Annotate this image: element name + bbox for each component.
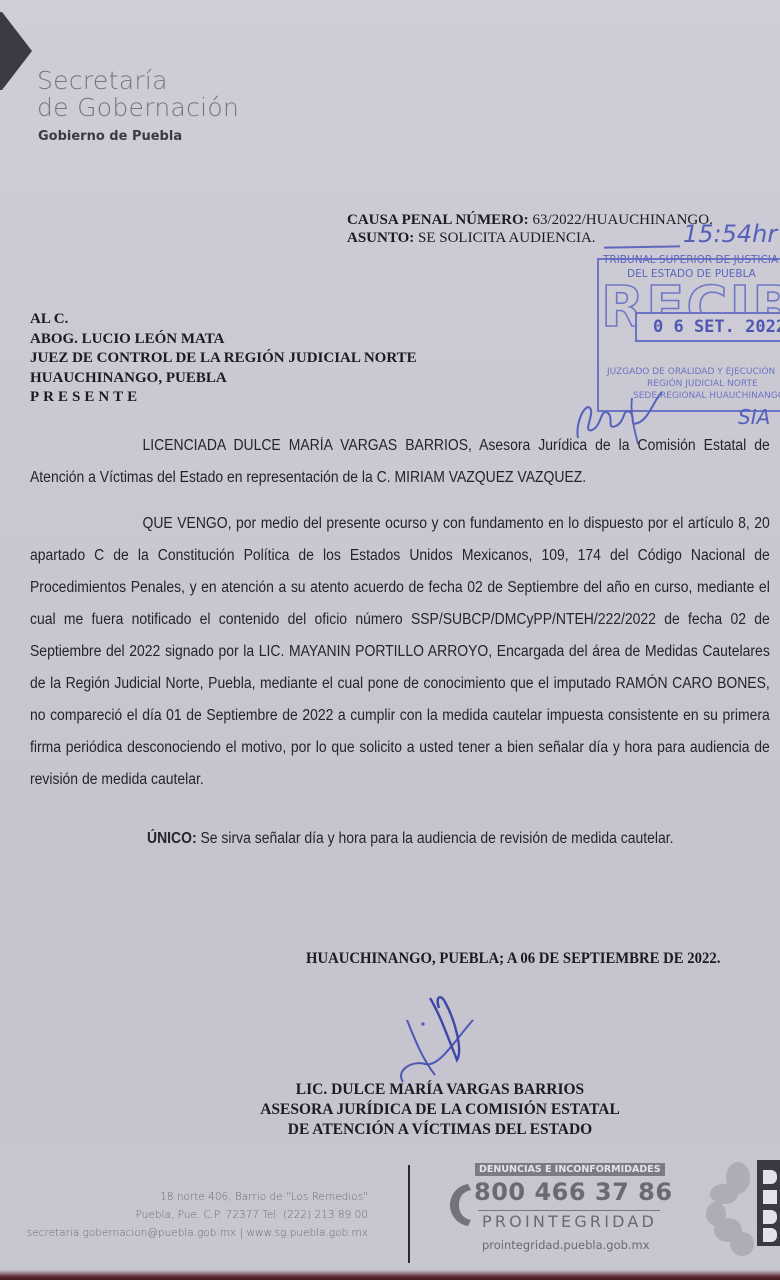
org-name-line1: Secretaría — [37, 68, 168, 93]
handwritten-time: 15:54hr — [683, 220, 777, 248]
asunto-value: SE SOLICITA AUDIENCIA. — [418, 230, 596, 246]
signer-title: ASESORA JURÍDICA DE LA COMISIÓN ESTATAL — [230, 1100, 650, 1120]
stamp-date: 0 6 SET. 2022 — [635, 312, 780, 342]
body-paragraph-2: QUE VENGO, por medio del presente ocurso… — [30, 508, 770, 796]
hotline-number: 800 466 37 86 — [474, 1178, 673, 1206]
stamp-line1: TRIBUNAL SUPERIOR DE JUSTICIA — [603, 254, 778, 266]
asunto-label: ASUNTO: — [347, 230, 414, 246]
signature-icon — [395, 990, 485, 1085]
hotline-rule — [478, 1210, 660, 1211]
stamp-line3: JUZGADO DE ORALIDAD Y EJECUCIÓN — [607, 367, 775, 377]
body-paragraph-1: LICENCIADA DULCE MARÍA VARGAS BARRIOS, A… — [30, 430, 770, 494]
program-name: PROINTEGRIDAD — [482, 1212, 657, 1231]
gobierno-puebla-chevron-icon — [0, 12, 32, 90]
program-url: prointegridad.puebla.gob.mx — [482, 1238, 650, 1252]
addressee-name: ABOG. LUCIO LEÓN MATA — [30, 330, 417, 350]
signer-organization: DE ATENCIÓN A VÍCTIMAS DEL ESTADO — [230, 1120, 650, 1140]
flower-emblem-icon — [706, 1160, 758, 1256]
causa-label: CAUSA PENAL NÚMERO: — [347, 212, 529, 228]
petition-unico: ÚNICO: Se sirva señalar día y hora para … — [147, 830, 674, 848]
handwritten-initials: SIA — [738, 405, 770, 429]
puebla-logo-block — [757, 1160, 780, 1246]
denuncias-label: DENUNCIAS E INCONFORMIDADES — [475, 1163, 665, 1176]
addressee-location: HUAUCHINANGO, PUEBLA — [30, 369, 417, 389]
footer-address-line2: Puebla, Pue. C.P. 72377 Tel. (222) 213 8… — [27, 1206, 368, 1224]
addressee-title: JUEZ DE CONTROL DE LA REGIÓN JUDICIAL NO… — [30, 349, 417, 369]
signer-name: LIC. DULCE MARÍA VARGAS BARRIOS — [230, 1080, 650, 1100]
addressee-presente: PRESENTE — [30, 388, 417, 408]
addressee-line1: AL C. — [30, 310, 417, 330]
page-bottom-edge — [0, 1270, 780, 1280]
addressee-block: AL C. ABOG. LUCIO LEÓN MATA JUEZ DE CONT… — [30, 310, 417, 408]
signer-block: LIC. DULCE MARÍA VARGAS BARRIOS ASESORA … — [230, 1080, 650, 1140]
case-reference: CAUSA PENAL NÚMERO: 63/2022/HUAUCHINANGO… — [347, 211, 713, 247]
footer-address: 18 norte 406, Barrio de "Los Remedios" P… — [27, 1188, 368, 1242]
org-name-line2: de Gobernación — [37, 95, 239, 120]
footer-contact-links: secretaria.gobernacion@puebla.gob.mx | w… — [27, 1224, 368, 1242]
unico-text: Se sirva señalar día y hora para la audi… — [197, 830, 674, 847]
footer-divider — [408, 1165, 410, 1263]
footer-address-line1: 18 norte 406, Barrio de "Los Remedios" — [27, 1188, 368, 1206]
org-subtitle: Gobierno de Puebla — [38, 129, 182, 144]
phone-icon — [446, 1180, 476, 1230]
unico-label: ÚNICO: — [147, 830, 197, 847]
place-date: HUAUCHINANGO, PUEBLA; A 06 DE SEPTIEMBRE… — [306, 950, 720, 968]
